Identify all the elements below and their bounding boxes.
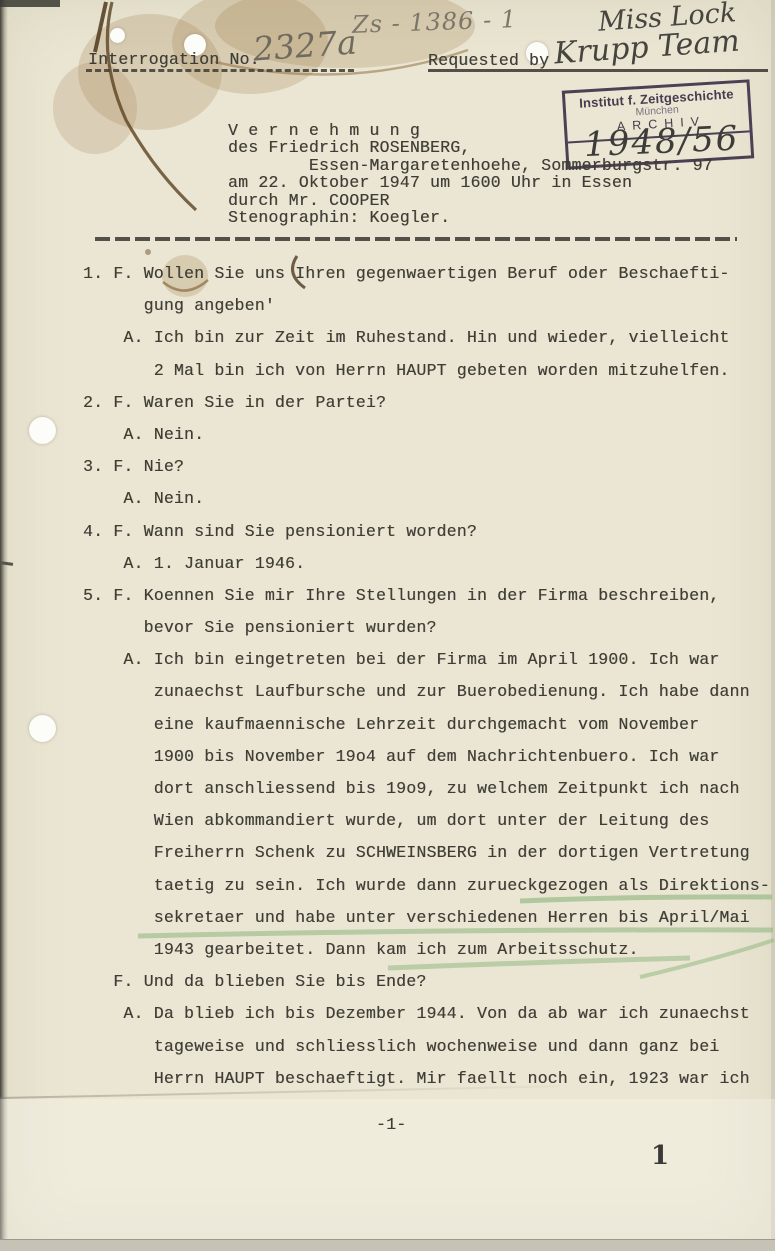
transcript-line: F. Und da blieben Sie bis Ende? xyxy=(83,966,770,998)
transcript-line: zunaechst Laufbursche und zur Buerobedie… xyxy=(83,676,770,708)
title-line: des Friedrich ROSENBERG, xyxy=(228,139,713,156)
transcript-line: 2 Mal bin ich von Herrn HAUPT gebeten wo… xyxy=(83,355,770,387)
transcript-line: 4. F. Wann sind Sie pensioniert worden? xyxy=(83,516,770,548)
transcript-line: 5. F. Koennen Sie mir Ihre Stellungen in… xyxy=(83,580,770,612)
scan-edge-corner xyxy=(0,0,60,7)
transcript-line: gung angeben' xyxy=(83,290,770,322)
transcript-line: A. Nein. xyxy=(83,419,770,451)
reference-number-handwritten: Zs - 1386 - 1 xyxy=(352,5,518,39)
transcript-line: A. 1. Januar 1946. xyxy=(83,548,770,580)
transcript-line: 1943 gearbeitet. Dann kam ich zum Arbeit… xyxy=(83,934,770,966)
scan-edge-left xyxy=(0,0,8,1251)
scan-edge-right xyxy=(771,0,775,1251)
requested-by-underline xyxy=(428,69,768,72)
transcript-line: sekretaer und habe unter verschiedenen H… xyxy=(83,902,770,934)
transcript-line: 3. F. Nie? xyxy=(83,451,770,483)
punch-hole xyxy=(110,28,125,43)
interrogation-number-label: Interrogation No. xyxy=(88,50,260,69)
transcript-line: eine kaufmaennische Lehrzeit durchgemach… xyxy=(83,709,770,741)
separator-rule xyxy=(95,237,737,241)
transcript-line: Wien abkommandiert wurde, um dort unter … xyxy=(83,805,770,837)
transcript-line: bevor Sie pensioniert wurden? xyxy=(83,612,770,644)
requested-by-label: Requested by xyxy=(428,51,549,70)
title-line: durch Mr. COOPER xyxy=(228,192,713,209)
title-line: V e r n e h m u n g xyxy=(228,122,713,139)
title-block: V e r n e h m u n gdes Friedrich ROSENBE… xyxy=(228,122,713,226)
scan-edge-bottom xyxy=(0,1239,775,1251)
transcript-line: Freiherrn Schenk zu SCHWEINSBERG in der … xyxy=(83,837,770,869)
transcript-line: Herrn HAUPT beschaeftigt. Mir faellt noc… xyxy=(83,1063,770,1095)
interrogation-number-handwritten: 2327a xyxy=(252,22,358,68)
title-line: Stenographin: Koegler. xyxy=(228,209,713,226)
document-page: Interrogation No. 2327a Zs - 1386 - 1 Re… xyxy=(0,0,775,1251)
sheet-number-handwritten: 1 xyxy=(651,1141,669,1171)
transcript-line: taetig zu sein. Ich wurde dann zurueckge… xyxy=(83,870,770,902)
transcript-body: 1. F. Wollen Sie uns Ihren gegenwaertige… xyxy=(83,258,770,1095)
transcript-line: 2. F. Waren Sie in der Partei? xyxy=(83,387,770,419)
transcript-line: A. Ich bin eingetreten bei der Firma im … xyxy=(83,644,770,676)
transcript-line: A. Ich bin zur Zeit im Ruhestand. Hin un… xyxy=(83,322,770,354)
punch-hole xyxy=(29,715,56,742)
transcript-line: 1900 bis November 19o4 auf dem Nachricht… xyxy=(83,741,770,773)
transcript-line: 1. F. Wollen Sie uns Ihren gegenwaertige… xyxy=(83,258,770,290)
requested-by-org-handwritten: Krupp Team xyxy=(553,24,741,72)
punch-hole xyxy=(29,417,56,444)
transcript-line: A. Da blieb ich bis Dezember 1944. Von d… xyxy=(83,998,770,1030)
transcript-line: dort anschliessend bis 19o9, zu welchem … xyxy=(83,773,770,805)
title-line: Essen-Margaretenhoehe, Sommerburgstr. 97 xyxy=(228,157,713,174)
transcript-line: A. Nein. xyxy=(83,483,770,515)
interrogation-underline xyxy=(86,69,354,72)
transcript-line: tageweise und schliesslich wochenweise u… xyxy=(83,1031,770,1063)
title-line: am 22. Oktober 1947 um 1600 Uhr in Essen xyxy=(228,174,713,191)
page-number: -1- xyxy=(376,1115,406,1134)
